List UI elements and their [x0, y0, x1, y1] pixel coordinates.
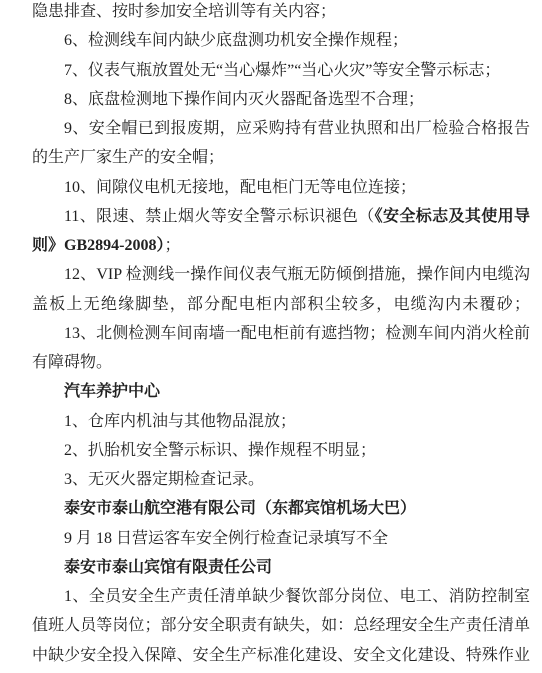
line-content: 11、限速、禁止烟火等安全警示标识褪色（《安全标志及其使用导: [64, 208, 530, 225]
line-content: 盖板上无绝缘脚垫，部分配电柜内部积尘较多，电缆沟内未覆砂；: [32, 296, 530, 313]
text-run: 2、扒胎机安全警示标识、操作规程不明显；: [64, 442, 376, 459]
text-line: 13、北侧检测车间南墙一配电柜前有遮挡物；检测车间内消火栓前: [32, 319, 530, 348]
line-content: 隐患排查、按时参加安全培训等有关内容；: [32, 3, 336, 20]
text-run: 1、全员安全生产责任清单缺少餐饮部分岗位、电工、消防控制室: [64, 588, 530, 605]
text-line: 9、安全帽已到报废期，应采购持有营业执照和出厂检验合格报告: [32, 114, 530, 143]
text-line: 3、无灭火器定期检查记录。: [32, 465, 530, 494]
text-run: 泰安市泰山宾馆有限责任公司: [64, 559, 272, 576]
line-content: 9 月 18 日营运客车安全例行检查记录填写不全: [64, 530, 388, 547]
line-content: 2、扒胎机安全警示标识、操作规程不明显；: [64, 442, 376, 459]
text-line: 盖板上无绝缘脚垫，部分配电柜内部积尘较多，电缆沟内未覆砂；: [32, 290, 530, 319]
text-line: 12、VIP 检测线一操作间仪表气瓶无防倾倒措施，操作间内电缆沟: [32, 260, 530, 289]
text-line: 隐患排查、按时参加安全培训等有关内容；: [32, 0, 530, 26]
text-run: 13、北侧检测车间南墙一配电柜前有遮挡物；检测车间内消火栓前: [64, 325, 530, 342]
text-run: 9、安全帽已到报废期，应采购持有营业执照和出厂检验合格报告: [64, 120, 530, 137]
text-run: 值班人员等岗位；部分安全职责有缺失，如：总经理安全生产责任清单: [32, 617, 530, 634]
line-content: 中缺少安全投入保障、安全生产标准化建设、安全文化建设、特殊作业: [32, 647, 530, 664]
text-line: 6、检测线车间内缺少底盘测功机安全操作规程；: [32, 26, 530, 55]
text-run: 中缺少安全投入保障、安全生产标准化建设、安全文化建设、特殊作业: [32, 647, 530, 664]
text-line: 的生产厂家生产的安全帽；: [32, 143, 530, 172]
text-line: 10、间隙仪电机无接地，配电柜门无等电位连接；: [32, 173, 530, 202]
text-run: 7、仪表气瓶放置处无“当心爆炸”“当心火灾”等安全警示标志；: [64, 62, 500, 79]
text-run: ；: [164, 237, 180, 254]
text-line: 2、扒胎机安全警示标识、操作规程不明显；: [32, 436, 530, 465]
text-line: 8、底盘检测地下操作间内灭火器配备选型不合理；: [32, 85, 530, 114]
line-content: 汽车养护中心: [64, 383, 160, 400]
line-content: 6、检测线车间内缺少底盘测功机安全操作规程；: [64, 32, 408, 49]
line-content: 泰安市泰山航空港有限公司（东都宾馆机场大巴）: [64, 500, 416, 517]
text-run: 10、间隙仪电机无接地，配电柜门无等电位连接；: [64, 179, 416, 196]
text-line: 有障碍物。: [32, 348, 530, 377]
text-line: 7、仪表气瓶放置处无“当心爆炸”“当心火灾”等安全警示标志；: [32, 56, 530, 85]
text-run: 的生产厂家生产的安全帽；: [32, 149, 224, 166]
document-page: 隐患排查、按时参加安全培训等有关内容；6、检测线车间内缺少底盘测功机安全操作规程…: [0, 0, 542, 673]
text-line: 11、限速、禁止烟火等安全警示标识褪色（《安全标志及其使用导: [32, 202, 530, 231]
line-content: 泰安市泰山宾馆有限责任公司: [64, 559, 272, 576]
text-run: 3、无灭火器定期检查记录。: [64, 471, 264, 488]
line-content: 则》GB2894-2008）；: [32, 237, 180, 254]
text-run: 9 月 18 日营运客车安全例行检查记录填写不全: [64, 530, 388, 547]
bold-text-run: 《安全标志及其使用导: [375, 208, 530, 225]
line-content: 1、全员安全生产责任清单缺少餐饮部分岗位、电工、消防控制室: [64, 588, 530, 605]
line-content: 3、无灭火器定期检查记录。: [64, 471, 264, 488]
line-content: 1、仓库内机油与其他物品混放；: [64, 413, 296, 430]
line-content: 有障碍物。: [32, 354, 112, 371]
bold-text-run: 则》GB2894-2008）: [32, 237, 164, 254]
line-content: 7、仪表气瓶放置处无“当心爆炸”“当心火灾”等安全警示标志；: [64, 62, 500, 79]
text-line: 1、仓库内机油与其他物品混放；: [32, 407, 530, 436]
line-content: 10、间隙仪电机无接地，配电柜门无等电位连接；: [64, 179, 416, 196]
text-line: 则》GB2894-2008）；: [32, 231, 530, 260]
text-run: 有障碍物。: [32, 354, 112, 371]
document-body: 隐患排查、按时参加安全培训等有关内容；6、检测线车间内缺少底盘测功机安全操作规程…: [32, 0, 530, 670]
text-line: 1、全员安全生产责任清单缺少餐饮部分岗位、电工、消防控制室: [32, 582, 530, 611]
text-run: 汽车养护中心: [64, 383, 160, 400]
text-run: 8、底盘检测地下操作间内灭火器配备选型不合理；: [64, 91, 424, 108]
text-run: 11、限速、禁止烟火等安全警示标识褪色（: [64, 208, 375, 225]
text-run: 隐患排查、按时参加安全培训等有关内容；: [32, 3, 336, 20]
line-content: 9、安全帽已到报废期，应采购持有营业执照和出厂检验合格报告: [64, 120, 530, 137]
line-content: 12、VIP 检测线一操作间仪表气瓶无防倾倒措施，操作间内电缆沟: [64, 266, 530, 283]
text-line: 值班人员等岗位；部分安全职责有缺失，如：总经理安全生产责任清单: [32, 611, 530, 640]
heading-line: 汽车养护中心: [32, 377, 530, 406]
line-content: 值班人员等岗位；部分安全职责有缺失，如：总经理安全生产责任清单: [32, 617, 530, 634]
line-content: 8、底盘检测地下操作间内灭火器配备选型不合理；: [64, 91, 424, 108]
line-content: 13、北侧检测车间南墙一配电柜前有遮挡物；检测车间内消火栓前: [64, 325, 530, 342]
text-run: 1、仓库内机油与其他物品混放；: [64, 413, 296, 430]
text-run: 泰安市泰山航空港有限公司（东都宾馆机场大巴）: [64, 500, 416, 517]
line-content: 的生产厂家生产的安全帽；: [32, 149, 224, 166]
heading-line: 泰安市泰山宾馆有限责任公司: [32, 553, 530, 582]
text-run: 盖板上无绝缘脚垫，部分配电柜内部积尘较多，电缆沟内未覆砂；: [32, 296, 530, 313]
text-run: 6、检测线车间内缺少底盘测功机安全操作规程；: [64, 32, 408, 49]
text-line: 9 月 18 日营运客车安全例行检查记录填写不全: [32, 524, 530, 553]
text-run: 12、VIP 检测线一操作间仪表气瓶无防倾倒措施，操作间内电缆沟: [64, 266, 530, 283]
heading-line: 泰安市泰山航空港有限公司（东都宾馆机场大巴）: [32, 494, 530, 523]
text-line: 中缺少安全投入保障、安全生产标准化建设、安全文化建设、特殊作业: [32, 641, 530, 670]
